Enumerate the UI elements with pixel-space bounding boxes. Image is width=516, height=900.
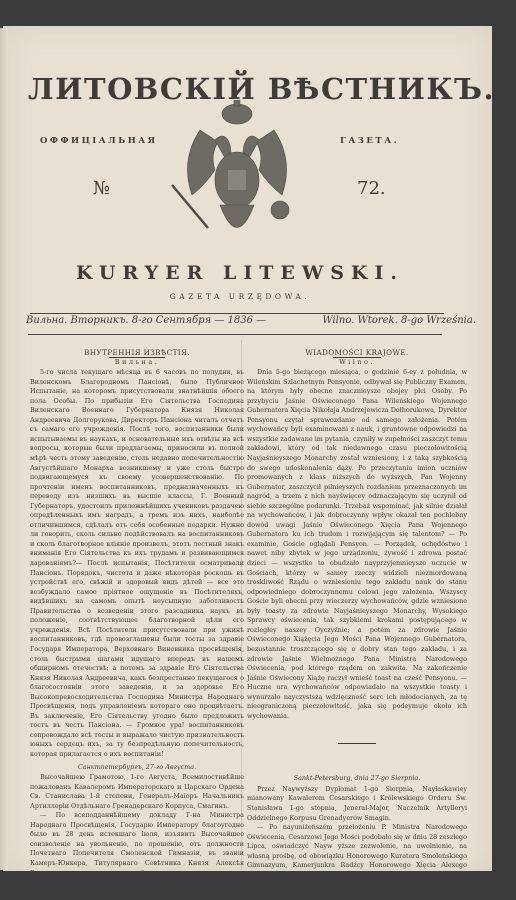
dateline-russian: Вильна. Вторникъ. 8-го Сентября — 1836 — [26,315,266,326]
masthead-subtitle-polish: GAZETA URZĘDOWA. [60,292,420,301]
masthead-title-polish: KURYER LITEWSKI. [60,262,420,284]
article-dateline: Санктпетербургъ, 27-го Августа. [30,763,244,773]
column-polish: WIADOMOŚCI KRAJOWE. Wilno. Dnia 5-go bie… [247,348,467,890]
article-dateline: Sankt-Petersburg, dnia 27-go Sierpnia. [247,774,467,784]
issue-number-label: № [93,178,110,199]
article-paragraph: Przez Naywyższy Dyplomat 1-go Sierpnia, … [247,785,467,823]
dateline-polish: Wilno. Wtorek. 8-go Września. [322,315,476,326]
masthead-tag-left: ОФФИЦІАЛЬНАЯ [40,136,158,146]
place-heading-russian: Вильна. [30,358,244,368]
place-heading-polish: Wilno. [247,358,467,368]
page-spine [0,28,8,870]
masthead-tag-right: ГАЗЕТА. [340,136,399,146]
double-headed-eagle-icon [170,100,305,255]
article-paragraph: — Po nayuniżeńszém przełożeniu P. Minist… [247,823,467,890]
rule-top [30,313,444,314]
column-russian: ВНУТРЕННІЯ ИЗВѢСТІЯ. Вильна. 5-го числа … [30,348,244,888]
issue-number-value: 72. [357,178,386,199]
article-paragraph: — По всеподданнѣйшему докладу Г-на Минис… [30,811,244,887]
article-paragraph: 5-го числа текущаго мѣсяца въ 6 часовъ п… [30,368,244,759]
section-separator [338,743,376,744]
dateline: Вильна. Вторникъ. 8-го Сентября — 1836 —… [26,315,476,326]
article-paragraph: Высочайшею Грамотою, 1-го Августа, Всеми… [30,773,244,811]
article-paragraph: Dnia 5-go bieżącego miesiąca, o godzinie… [247,368,467,721]
rule-bottom [28,334,442,335]
